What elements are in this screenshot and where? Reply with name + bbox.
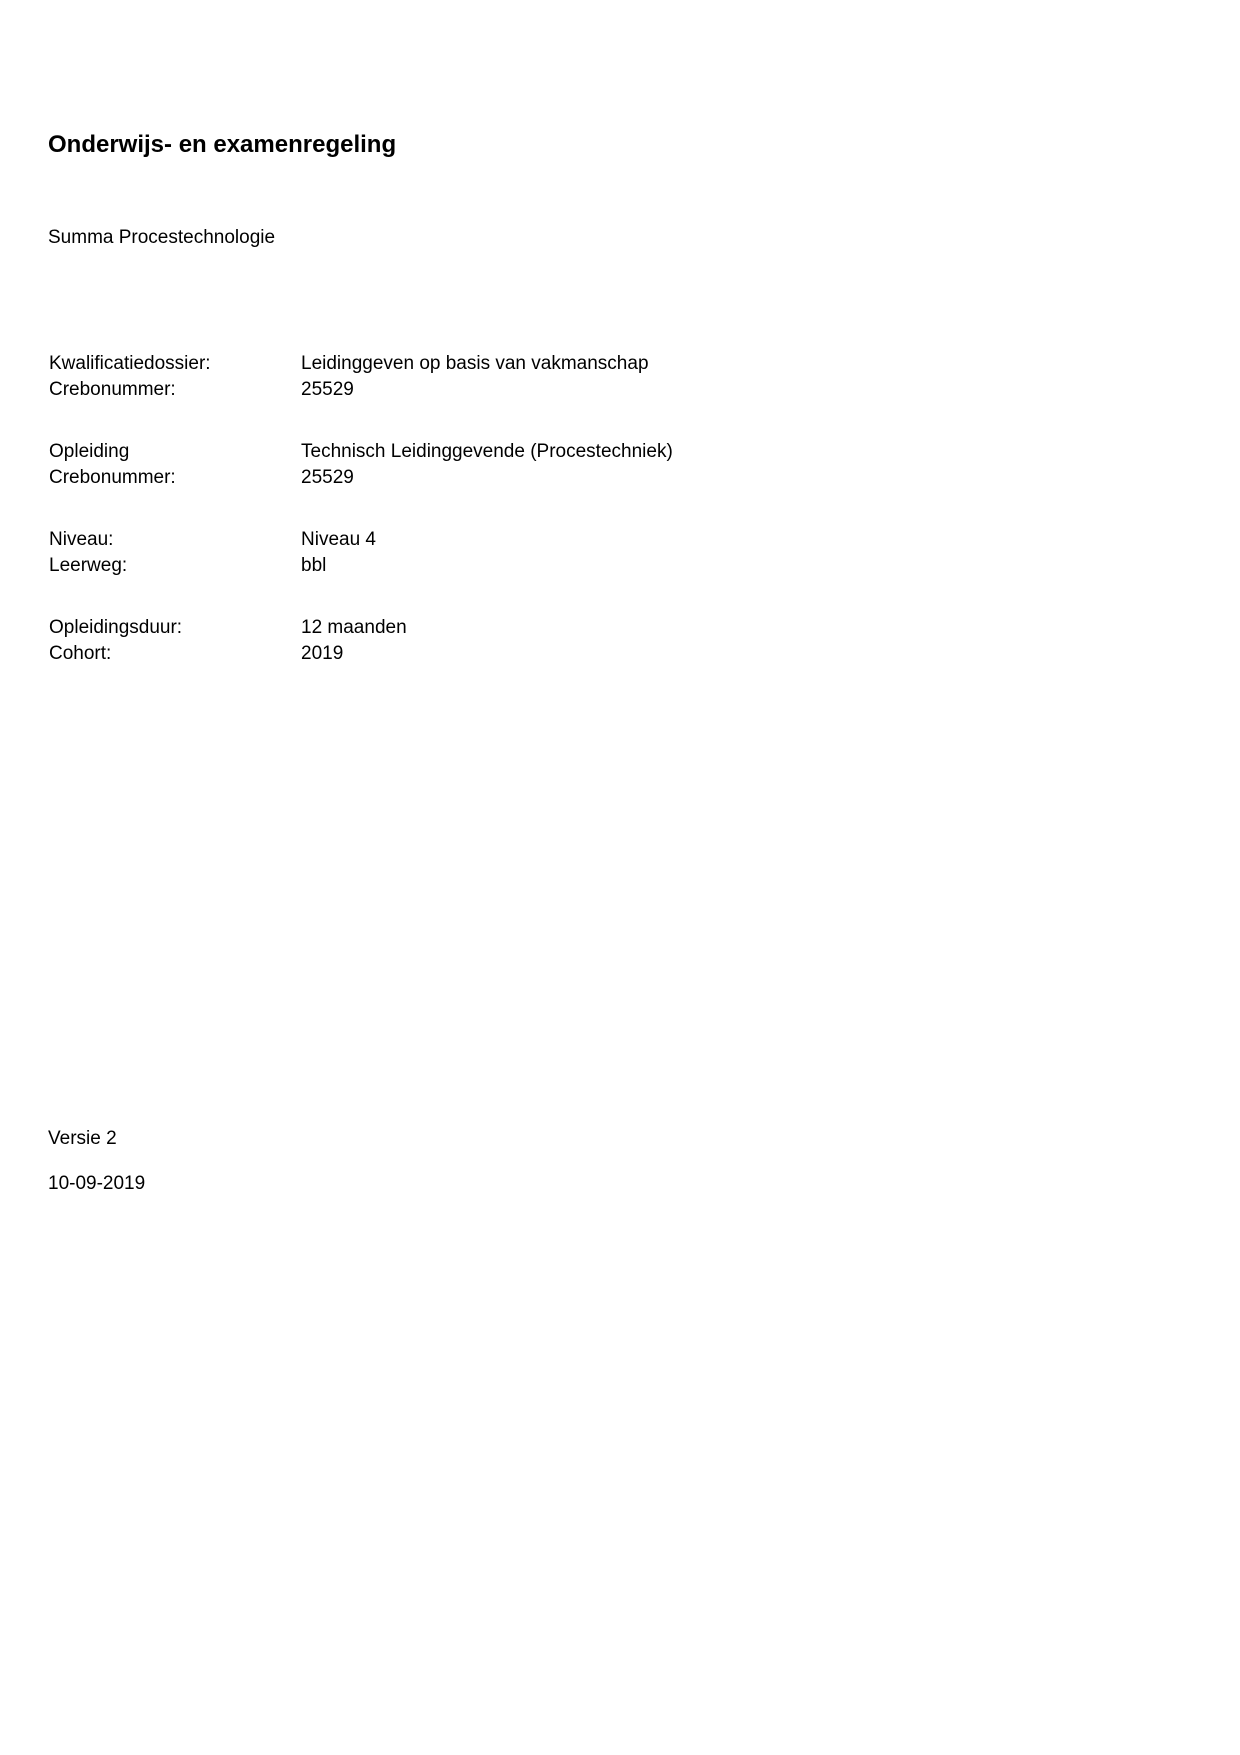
- info-group-opleidingsduur: Opleidingsduur: 12 maanden Cohort: 2019: [49, 615, 673, 667]
- info-row: Opleiding Technisch Leidinggevende (Proc…: [49, 439, 673, 465]
- info-value: Leidinggeven op basis van vakmanschap: [301, 351, 649, 377]
- info-label: Leerweg:: [49, 553, 301, 579]
- document-subtitle: Summa Procestechnologie: [48, 227, 275, 249]
- info-label: Opleidingsduur:: [49, 615, 301, 641]
- document-version: Versie 2: [48, 1128, 117, 1150]
- info-value: bbl: [301, 553, 326, 579]
- info-value: Niveau 4: [301, 527, 376, 553]
- info-label: Crebonummer:: [49, 377, 301, 403]
- info-value: 25529: [301, 377, 354, 403]
- info-row: Crebonummer: 25529: [49, 465, 673, 491]
- info-group-kwalificatiedossier: Kwalificatiedossier: Leidinggeven op bas…: [49, 351, 673, 403]
- info-group-niveau: Niveau: Niveau 4 Leerweg: bbl: [49, 527, 673, 579]
- info-row: Crebonummer: 25529: [49, 377, 673, 403]
- info-label: Crebonummer:: [49, 465, 301, 491]
- info-row: Kwalificatiedossier: Leidinggeven op bas…: [49, 351, 673, 377]
- info-row: Leerweg: bbl: [49, 553, 673, 579]
- info-value: 25529: [301, 465, 354, 491]
- info-group-opleiding: Opleiding Technisch Leidinggevende (Proc…: [49, 439, 673, 491]
- info-value: 2019: [301, 641, 343, 667]
- info-row: Cohort: 2019: [49, 641, 673, 667]
- document-title: Onderwijs- en examenregeling: [48, 131, 396, 159]
- info-label: Opleiding: [49, 439, 301, 465]
- info-label: Niveau:: [49, 527, 301, 553]
- info-row: Niveau: Niveau 4: [49, 527, 673, 553]
- info-label: Cohort:: [49, 641, 301, 667]
- qualification-info: Kwalificatiedossier: Leidinggeven op bas…: [49, 351, 673, 703]
- info-value: 12 maanden: [301, 615, 407, 641]
- info-label: Kwalificatiedossier:: [49, 351, 301, 377]
- document-date: 10-09-2019: [48, 1173, 145, 1195]
- info-row: Opleidingsduur: 12 maanden: [49, 615, 673, 641]
- info-value: Technisch Leidinggevende (Procestechniek…: [301, 439, 673, 465]
